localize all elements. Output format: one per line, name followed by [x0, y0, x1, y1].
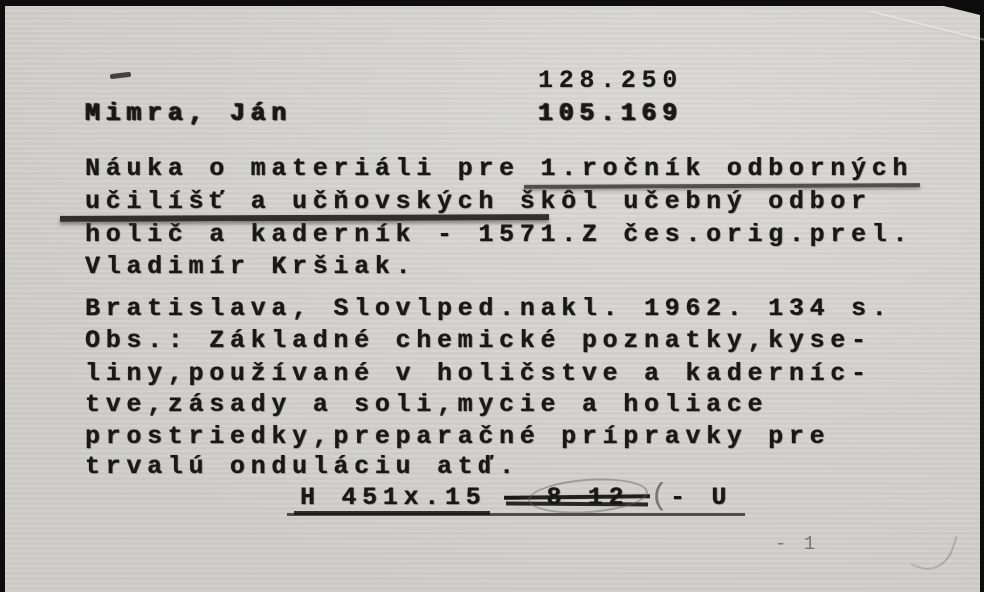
pencil-squiggle-mark — [910, 525, 957, 576]
accession-number-bottom: 105.169 — [538, 101, 683, 127]
ink-stray-mark — [110, 72, 131, 80]
title-line: Náuka o materiáli pre 1.ročník odborných — [85, 156, 913, 182]
imprint-line: Bratislava, Slovlped.nakl. 1962. 134 s. — [85, 296, 892, 322]
title-line: holič a kaderník - 1571.Z čes.orig.prel. — [85, 222, 913, 248]
accession-number-top: 128.250 — [538, 68, 683, 94]
contents-line: tve,zásady a soli,mycie a holiace — [85, 392, 768, 418]
underline-call-number — [294, 511, 490, 515]
contents-line: Obs.: Základné chemické poznatky,kyse- — [85, 328, 872, 354]
catalog-card-scan: 128.250 Mimra, Ján 105.169 Náuka o mater… — [0, 0, 984, 592]
scan-border-left — [0, 0, 5, 592]
scan-border-right — [980, 0, 984, 592]
call-number-suffix: - U — [670, 485, 732, 511]
title-line: Vladimír Kršiak. — [85, 254, 416, 280]
author-heading: Mimra, Ján — [85, 101, 292, 127]
scan-border-top — [0, 0, 984, 6]
call-number: H 451x.15 — [300, 485, 486, 511]
contents-line: prostriedky,preparačné prípravky pre — [85, 424, 830, 450]
paper-crease — [870, 10, 984, 43]
contents-line: liny,používané v holičstve a kaderníc- — [85, 361, 872, 387]
title-line: učilíšť a učňovských škôl učebný odbor — [85, 189, 872, 215]
contents-line: trvalú onduláciu atď. — [85, 454, 520, 480]
pencil-circle-mark — [527, 475, 649, 517]
pencil-paren-mark: ( — [650, 484, 669, 510]
scan-corner-notch — [926, 0, 984, 16]
pencil-note: - 1 — [775, 533, 818, 555]
